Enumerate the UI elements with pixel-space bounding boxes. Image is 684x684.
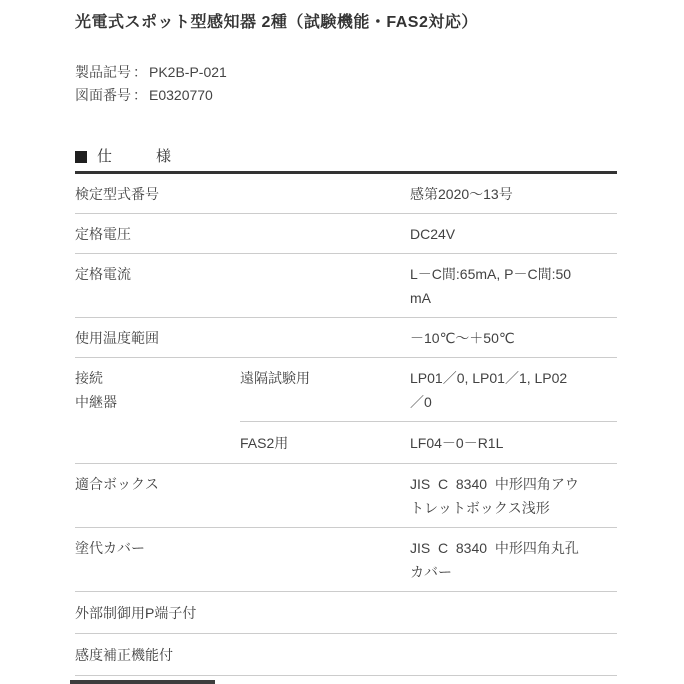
product-code-separator: ： (131, 64, 149, 80)
spec-row-voltage: 定格電圧 DC24V (75, 214, 617, 254)
spec-label: 接続 中継器 (75, 358, 240, 463)
section-bullet-icon (75, 151, 87, 163)
spec-label: 塗代カバー (75, 536, 410, 584)
section-heading-left: 仕 (97, 148, 112, 166)
spec-label: 適合ボックス (75, 472, 410, 520)
drawing-number-label: 図面番号 (75, 87, 131, 103)
spec-row-box: 適合ボックス JIS C 8340 中形四角アウ トレットボックス浅形 (75, 464, 617, 528)
product-code-value: PK2B-P-021 (149, 64, 227, 80)
spec-subrow-remote-test: 遠隔試験用 LP01／0, LP01／1, LP02 ／0 (240, 358, 617, 421)
section-heading-right: 様 (156, 148, 171, 166)
spec-value: －10℃～＋50℃ (410, 326, 617, 350)
drawing-number-value: E0320770 (149, 87, 213, 103)
partial-section-rule (70, 680, 215, 684)
spec-sublabel: 遠隔試験用 (240, 366, 410, 414)
spec-label: 検定型式番号 (75, 182, 410, 206)
spec-label: 感度補正機能付 (75, 643, 617, 667)
spec-row-sensitivity: 感度補正機能付 (75, 634, 617, 676)
drawing-number-separator: ： (131, 87, 149, 103)
product-code-line: 製品記号：PK2B-P-021 (75, 61, 617, 84)
spec-subrow-fas2: FAS2用 LF04－0－R1L (240, 421, 617, 463)
page-content: 光電式スポット型感知器 2種（試験機能・FAS2対応） 製品記号：PK2B-P-… (0, 0, 684, 676)
page-title: 光電式スポット型感知器 2種（試験機能・FAS2対応） (75, 12, 617, 34)
product-code-label: 製品記号 (75, 64, 131, 80)
spec-label: 外部制御用P端子付 (75, 601, 617, 625)
spec-value: LP01／0, LP01／1, LP02 ／0 (410, 366, 617, 414)
drawing-number-line: 図面番号：E0320770 (75, 84, 617, 107)
spec-value: JIS C 8340 中形四角アウ トレットボックス浅形 (410, 472, 617, 520)
spec-row-current: 定格電流 L－C間:65mA, P－C間:50 mA (75, 254, 617, 318)
spec-row-p-terminal: 外部制御用P端子付 (75, 592, 617, 634)
product-meta: 製品記号：PK2B-P-021 図面番号：E0320770 (75, 61, 617, 107)
spec-section-header: 仕 様 (75, 148, 617, 166)
spec-sublabel: FAS2用 (240, 431, 410, 455)
spec-label: 定格電流 (75, 262, 410, 310)
spec-table: 検定型式番号 感第2020～13号 定格電圧 DC24V 定格電流 L－C間:6… (75, 171, 617, 676)
spec-row-kentei: 検定型式番号 感第2020～13号 (75, 174, 617, 214)
spec-row-cover: 塗代カバー JIS C 8340 中形四角丸孔 カバー (75, 528, 617, 592)
spec-label: 定格電圧 (75, 222, 410, 246)
spec-label: 使用温度範囲 (75, 326, 410, 350)
spec-value: LF04－0－R1L (410, 431, 617, 455)
repeater-subrows: 遠隔試験用 LP01／0, LP01／1, LP02 ／0 FAS2用 LF04… (240, 358, 617, 463)
spec-row-repeater: 接続 中継器 遠隔試験用 LP01／0, LP01／1, LP02 ／0 FAS… (75, 358, 617, 464)
spec-value: 感第2020～13号 (410, 182, 617, 206)
spec-sheet-page: 光電式スポット型感知器 2種（試験機能・FAS2対応） 製品記号：PK2B-P-… (0, 0, 684, 684)
spec-value: DC24V (410, 222, 617, 246)
spec-value: L－C間:65mA, P－C間:50 mA (410, 262, 617, 310)
spec-value: JIS C 8340 中形四角丸孔 カバー (410, 536, 617, 584)
spec-row-temperature: 使用温度範囲 －10℃～＋50℃ (75, 318, 617, 358)
